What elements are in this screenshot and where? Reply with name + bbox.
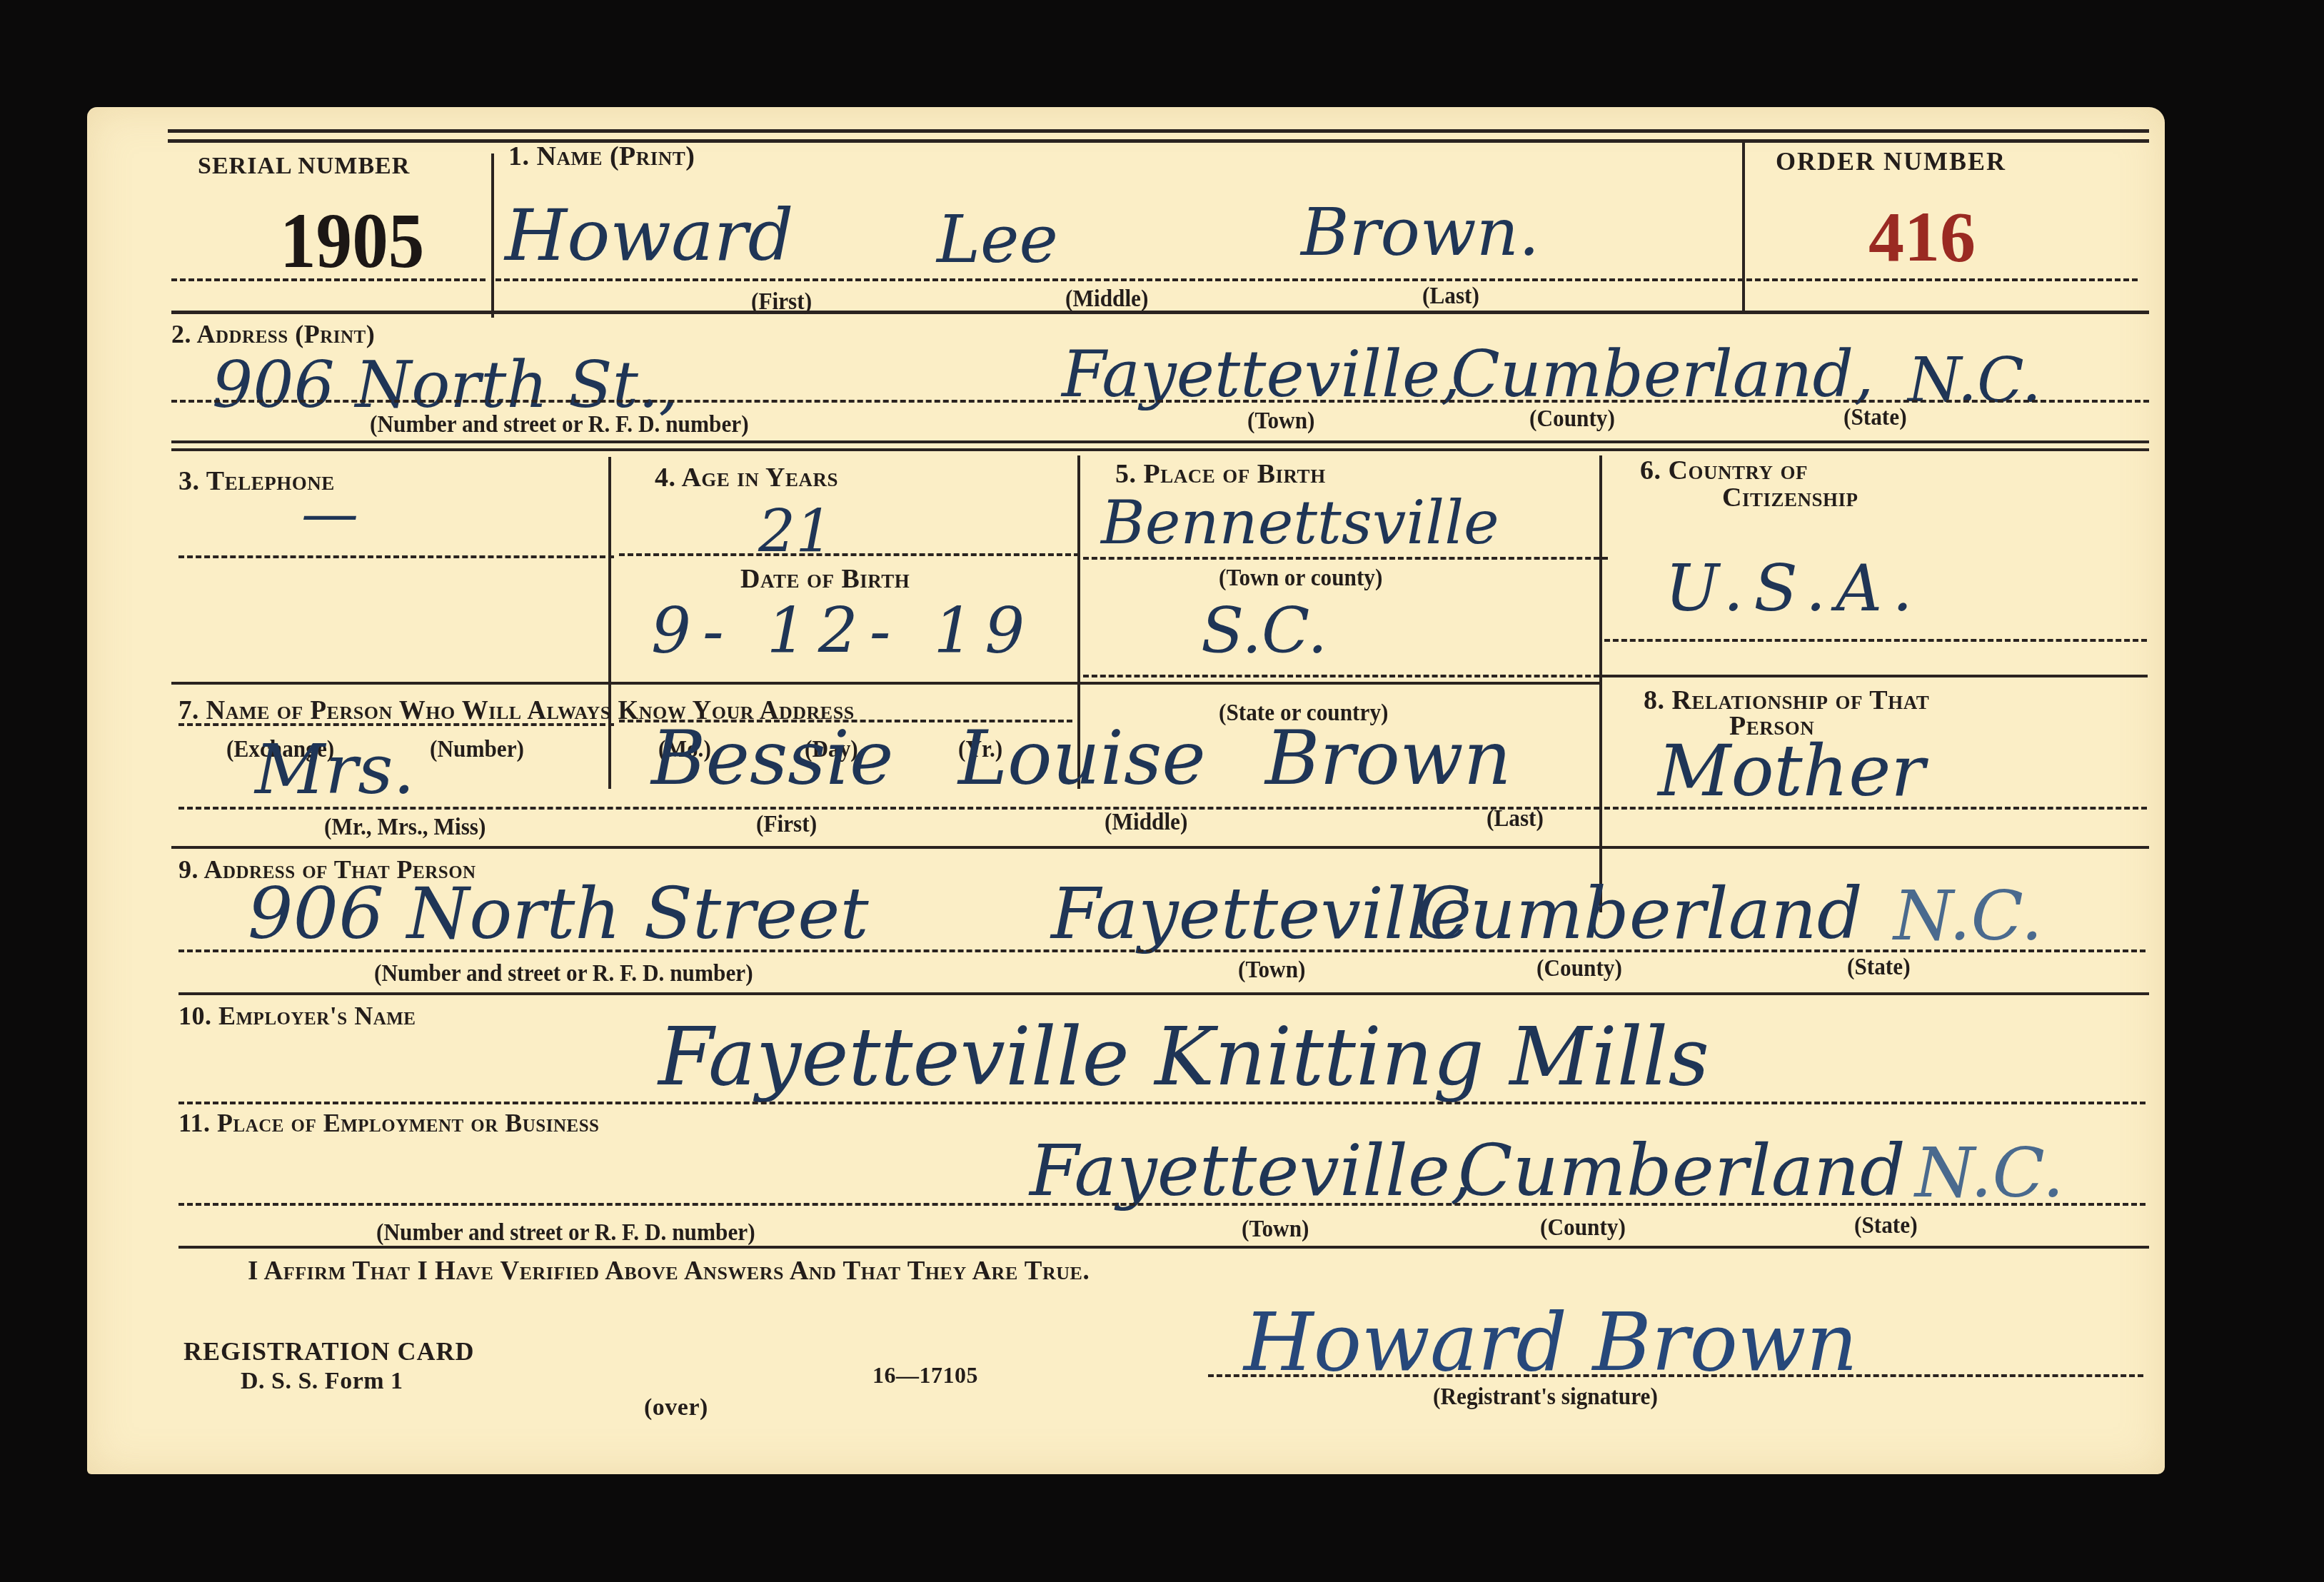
contact-title-value: Mrs.	[255, 735, 415, 804]
birthplace-citizenship-divider	[1599, 455, 1602, 912]
row2-bottom-rule-1	[171, 440, 2149, 443]
dob-label: Date of Birth	[740, 565, 910, 593]
row2-bottom-rule-2	[171, 448, 2149, 451]
serial-number-value: 1905	[280, 201, 424, 280]
telephone-value: —	[301, 485, 358, 543]
address-county-sublabel: (County)	[1529, 407, 1615, 431]
registrant-signature: Howard Brown	[1244, 1303, 1858, 1383]
birthplace-label: 5. Place of Birth	[1115, 460, 1326, 488]
contact-address-state-value: N.C.	[1893, 882, 2043, 950]
signature-sublabel: (Registrant's signature)	[1433, 1385, 1658, 1409]
age-label: 4. Age in Years	[655, 464, 838, 491]
contact-address-dash	[178, 949, 2146, 952]
employment-place-label: 11. Place of Employment or Business	[178, 1110, 599, 1136]
contact-last-value: Brown	[1265, 721, 1511, 795]
birthplace-state-value: S.C.	[1201, 600, 1327, 662]
name-first-value: Howard	[505, 200, 793, 271]
signature-dash	[1208, 1374, 2143, 1377]
row3-bottom-rule-right	[1604, 675, 2148, 677]
registration-card-label: REGISTRATION CARD	[183, 1339, 474, 1364]
name-label: 1. Name (Print)	[508, 143, 695, 170]
serial-dash	[171, 278, 486, 281]
contact-address-street-sublabel: (Number and street or R. F. D. number)	[374, 962, 753, 986]
name-dash	[496, 278, 2138, 281]
employment-place-county-sublabel: (County)	[1540, 1216, 1626, 1240]
contact-address-county-sublabel: (County)	[1536, 957, 1622, 981]
address-street-value: 906 North St.,	[212, 353, 679, 418]
row11-bottom-rule	[178, 1246, 2149, 1249]
name-middle-value: Lee	[937, 207, 1058, 273]
contact-title-sublabel: (Mr., Mrs., Miss)	[324, 815, 486, 840]
citizenship-label-line1: 6. Country of	[1640, 457, 1808, 484]
form-number-label: D. S. S. Form 1	[241, 1369, 403, 1394]
contact-address-town-value: Fayetteville	[1051, 878, 1472, 949]
row9-bottom-rule	[178, 992, 2149, 995]
contact-first-sublabel: (First)	[756, 812, 817, 837]
citizenship-label-line2: Citizenship	[1722, 484, 1858, 511]
contact-address-street-value: 906 North Street	[248, 878, 869, 949]
employment-place-state-sublabel: (State)	[1854, 1214, 1918, 1238]
employer-dash	[178, 1102, 2146, 1104]
birthplace-town-sublabel: (Town or county)	[1219, 566, 1382, 590]
registration-card: SERIAL NUMBER 1905 1. Name (Print) Howar…	[87, 107, 2165, 1474]
contact-last-sublabel: (Last)	[1487, 807, 1544, 831]
employer-value: Fayetteville Knitting Mills	[658, 1017, 1709, 1097]
contact-middle-sublabel: (Middle)	[1105, 810, 1187, 835]
print-code: 16—17105	[872, 1364, 978, 1386]
telephone-dash-1	[178, 555, 614, 558]
birthplace-dash-2	[1083, 675, 1608, 677]
over-label: (over)	[644, 1396, 708, 1420]
employer-label: 10. Employer's Name	[178, 1003, 416, 1029]
contact-first-value: Bessie	[651, 721, 894, 795]
employment-place-state-value: N.C.	[1915, 1139, 2064, 1207]
employment-place-town-value: Fayetteville,	[1030, 1135, 1473, 1206]
address-state-sublabel: (State)	[1843, 405, 1907, 430]
affirmation-text: I Affirm That I Have Verified Above Answ…	[248, 1258, 1090, 1284]
relationship-label-line1: 8. Relationship of That	[1644, 687, 1929, 714]
serial-name-divider	[491, 153, 494, 318]
relationship-value: Mother	[1658, 735, 1925, 807]
telephone-age-divider	[608, 457, 611, 789]
address-town-value: Fayetteville,	[1062, 343, 1461, 407]
birthplace-town-value: Bennettsville	[1101, 493, 1499, 553]
row3-bottom-rule-left	[171, 682, 1599, 685]
employment-place-county-value: Cumberland	[1458, 1135, 1906, 1206]
dob-value: 9- 12- 19	[651, 600, 1036, 662]
employment-place-town-sublabel: (Town)	[1242, 1217, 1309, 1241]
age-dash	[619, 553, 1080, 556]
citizenship-dash	[1604, 639, 2147, 642]
order-number-value: 416	[1868, 201, 1976, 273]
row1-bottom-rule	[171, 311, 2149, 314]
contact-dash	[178, 807, 1599, 810]
top-rule-1	[168, 129, 2149, 133]
citizenship-value: U.S.A.	[1665, 557, 1923, 621]
contact-address-state-sublabel: (State)	[1847, 955, 1911, 979]
birthplace-dash-1	[1083, 557, 1608, 560]
contact-address-town-sublabel: (Town)	[1238, 958, 1305, 982]
top-rule-2	[168, 139, 2149, 143]
name-order-divider	[1742, 143, 1745, 314]
telephone-number-sublabel: (Number)	[430, 737, 524, 762]
address-dash	[171, 400, 2149, 403]
address-street-sublabel: (Number and street or R. F. D. number)	[370, 413, 749, 437]
employment-place-dash	[178, 1203, 2146, 1206]
address-label: 2. Address (Print)	[171, 321, 375, 347]
name-middle-sublabel: (Middle)	[1065, 287, 1148, 311]
name-last-sublabel: (Last)	[1422, 284, 1479, 308]
contact-middle-value: Louise	[958, 721, 1206, 795]
order-number-label: ORDER NUMBER	[1776, 148, 2006, 174]
serial-number-label: SERIAL NUMBER	[198, 154, 410, 178]
employment-place-street-sublabel: (Number and street or R. F. D. number)	[376, 1221, 755, 1245]
row7-bottom-rule	[171, 846, 2149, 849]
name-last-value: Brown.	[1301, 200, 1539, 266]
address-county-value: Cumberland,	[1451, 343, 1874, 407]
address-town-sublabel: (Town)	[1247, 409, 1314, 433]
contact-address-county-value: Cumberland	[1415, 878, 1863, 949]
relationship-dash	[1604, 807, 2147, 810]
